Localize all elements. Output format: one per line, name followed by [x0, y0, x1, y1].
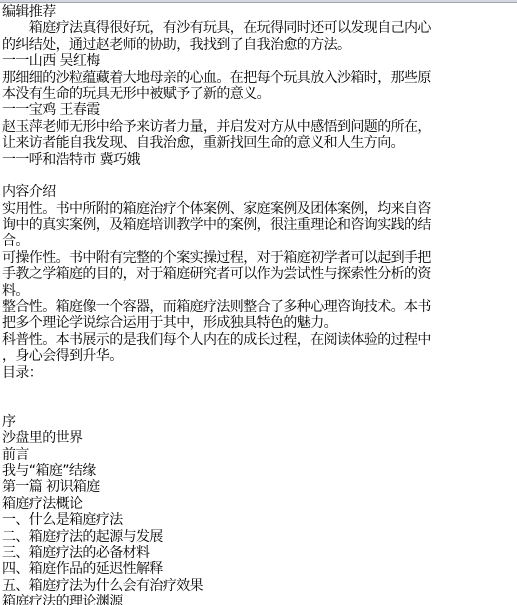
section-heading-toc: 目录：	[2, 365, 517, 381]
recommendation-line: 赵玉萍老师无形中给予来访者力量，并启发对方从中感悟到问题的所在，	[2, 119, 517, 135]
toc-item: 沙盘里的世界	[2, 430, 517, 446]
window-top-border	[0, 0, 517, 3]
blank-line	[2, 397, 517, 413]
section-heading-editor-recommendation: 编辑推荐	[2, 4, 517, 20]
toc-item: 箱庭疗法的理论渊源	[2, 594, 517, 605]
recommendation-author: 一一呼和浩特市 冀巧娥	[2, 152, 517, 168]
document-body: 编辑推荐 箱庭疗法真得很好玩，有沙有玩具，在玩得同时还可以发现自己内心 的纠结处…	[2, 4, 517, 605]
intro-line: ，身心会得到升华。	[2, 348, 517, 364]
intro-line: 手教之学箱庭的目的，对于箱庭研究者可以作为尝试性与探索性分析的资	[2, 266, 517, 282]
intro-line: 可操作性。书中附有完整的个案实操过程，对于箱庭初学者可以起到手把	[2, 250, 517, 266]
toc-item: 二、箱庭疗法的起源与发展	[2, 529, 517, 545]
section-heading-content-intro: 内容介绍	[2, 184, 517, 200]
intro-line: 询中的真实案例，及箱庭培训教学中的案例，很注重理论和咨询实践的结	[2, 217, 517, 233]
toc-item: 第一篇 初识箱庭	[2, 479, 517, 495]
toc-item: 前言	[2, 447, 517, 463]
toc-item: 五、箱庭疗法为什么会有治疗效果	[2, 578, 517, 594]
recommendation-author: 一一宝鸡 王春霞	[2, 102, 517, 118]
recommendation-author: 一一山西 吴红梅	[2, 53, 517, 69]
intro-line: 实用性。书中所附的箱庭治疗个体案例、家庭案例及团体案例，均来自咨	[2, 201, 517, 217]
intro-line: 料。	[2, 283, 517, 299]
recommendation-line: 本没有生命的玩具无形中被赋予了新的意义。	[2, 86, 517, 102]
blank-line	[2, 381, 517, 397]
toc-item: 序	[2, 414, 517, 430]
toc-item: 箱庭疗法概论	[2, 496, 517, 512]
toc-item: 三、箱庭疗法的必备材料	[2, 545, 517, 561]
recommendation-line: 的纠结处，通过赵老师的协助，我找到了自我治愈的方法。	[2, 37, 517, 53]
blank-line	[2, 168, 517, 184]
recommendation-line: 那细细的沙粒蕴藏着大地母亲的心血。在把每个玩具放入沙箱时，那些原	[2, 70, 517, 86]
toc-item: 四、箱庭作品的延迟性解释	[2, 561, 517, 577]
intro-line: 整合性。箱庭像一个容器，而箱庭疗法则整合了多种心理咨询技术。本书	[2, 299, 517, 315]
recommendation-line: 让来访者能自我发现、自我治愈，重新找回生命的意义和人生方向。	[2, 135, 517, 151]
toc-item: 一、什么是箱庭疗法	[2, 512, 517, 528]
toc-item: 我与“箱庭”结缘	[2, 463, 517, 479]
intro-line: 合。	[2, 233, 517, 249]
recommendation-line: 箱庭疗法真得很好玩，有沙有玩具，在玩得同时还可以发现自己内心	[2, 20, 517, 36]
intro-line: 把多个理论学说综合运用于其中，形成独具特色的魅力。	[2, 315, 517, 331]
intro-line: 科普性。本书展示的是我们每个人内在的成长过程，在阅读体验的过程中	[2, 332, 517, 348]
